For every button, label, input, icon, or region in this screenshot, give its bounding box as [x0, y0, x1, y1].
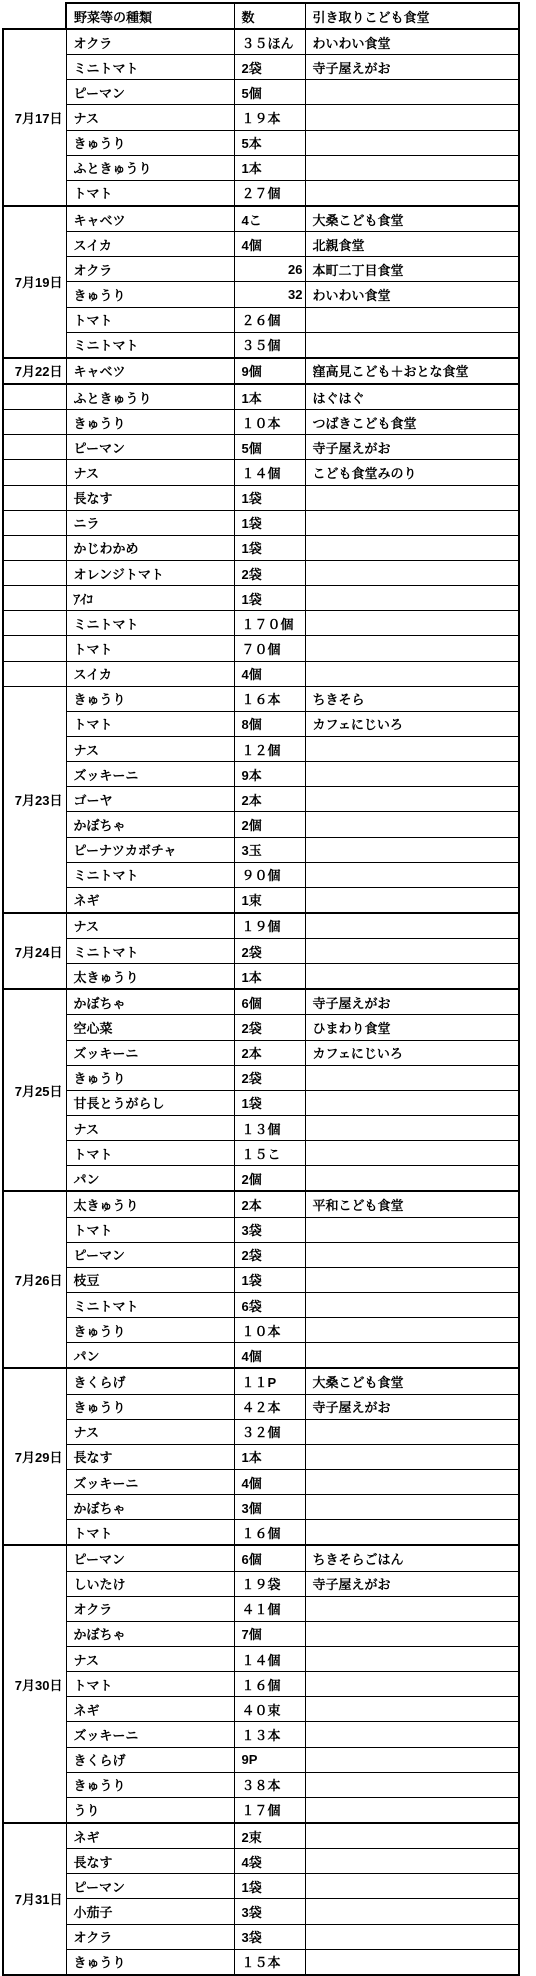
shokudo-cell [305, 1772, 519, 1797]
shokudo-cell [305, 913, 519, 939]
table-row: オクラ26本町二丁目食堂 [3, 257, 519, 282]
vegetable-cell: 長なす [66, 1849, 234, 1874]
vegetable-cell: 枝豆 [66, 1267, 234, 1292]
vegetable-cell: ゴーヤ [66, 787, 234, 812]
vegetable-cell: キャベツ [66, 206, 234, 232]
date-cell [3, 560, 66, 585]
count-cell: １６個 [234, 1672, 305, 1697]
vegetable-cell: 小茄子 [66, 1899, 234, 1924]
shokudo-cell: つばきこども食堂 [305, 410, 519, 435]
count-cell: 5個 [234, 435, 305, 460]
table-row: ミニトマト９０個 [3, 862, 519, 887]
shokudo-cell [305, 1495, 519, 1520]
count-cell: ７０個 [234, 636, 305, 661]
vegetable-cell: パン [66, 1343, 234, 1369]
shokudo-cell [305, 1267, 519, 1292]
shokudo-cell [305, 1849, 519, 1874]
date-cell [3, 611, 66, 636]
count-cell: 2本 [234, 1040, 305, 1065]
table-row: 長なす1袋 [3, 485, 519, 510]
shokudo-cell: 大桑こども食堂 [305, 1368, 519, 1394]
count-cell: ３５ほん [234, 29, 305, 55]
count-cell: 1本 [234, 1444, 305, 1469]
table-row: ズッキーニ2本カフェにじいろ [3, 1040, 519, 1065]
vegetable-cell: ミニトマト [66, 862, 234, 887]
count-cell: 8個 [234, 711, 305, 736]
count-cell: １０本 [234, 410, 305, 435]
table-row: きゅうり３８本 [3, 1772, 519, 1797]
table-row: スイカ4個北親食堂 [3, 232, 519, 257]
count-cell: ３５個 [234, 332, 305, 358]
vegetable-cell: トマト [66, 307, 234, 332]
count-cell: 3袋 [234, 1899, 305, 1924]
vegetable-cell: パン [66, 1166, 234, 1192]
count-cell: 3個 [234, 1495, 305, 1520]
table-row: ふときゅうり1本 [3, 155, 519, 180]
shokudo-cell [305, 1217, 519, 1242]
shokudo-cell [305, 560, 519, 585]
count-cell: １４個 [234, 1647, 305, 1672]
count-cell: １５本 [234, 1949, 305, 1975]
shokudo-cell [305, 1647, 519, 1672]
shokudo-cell [305, 105, 519, 130]
count-cell: 4個 [234, 661, 305, 686]
count-cell: 1袋 [234, 535, 305, 560]
shokudo-cell [305, 1116, 519, 1141]
count-cell: １３本 [234, 1722, 305, 1747]
shokudo-cell [305, 1596, 519, 1621]
shokudo-cell [305, 661, 519, 686]
shokudo-cell [305, 1697, 519, 1722]
table-row: きゅうり１０本 [3, 1318, 519, 1343]
shokudo-cell [305, 307, 519, 332]
vegetable-cell: オクラ [66, 1924, 234, 1949]
count-cell: 4こ [234, 206, 305, 232]
shokudo-cell: カフェにじいろ [305, 711, 519, 736]
shokudo-cell [305, 1090, 519, 1115]
date-cell [3, 410, 66, 435]
count-cell: １７個 [234, 1797, 305, 1823]
count-cell: 1袋 [234, 485, 305, 510]
table-row: きゅうり32わいわい食堂 [3, 282, 519, 307]
count-cell: 1束 [234, 887, 305, 913]
date-cell [3, 535, 66, 560]
count-cell: １９個 [234, 913, 305, 939]
vegetable-cell: ネギ [66, 1823, 234, 1849]
count-cell: 26 [234, 257, 305, 282]
shokudo-cell [305, 155, 519, 180]
count-cell: １０本 [234, 1318, 305, 1343]
count-cell: 9個 [234, 358, 305, 384]
vegetable-cell: トマト [66, 1217, 234, 1242]
count-cell: 2個 [234, 1166, 305, 1192]
count-cell: 5個 [234, 80, 305, 105]
shokudo-cell: こども食堂みのり [305, 460, 519, 485]
date-cell: 7月26日 [3, 1191, 66, 1368]
shokudo-cell: はぐはぐ [305, 384, 519, 410]
vegetable-cell: ニラ [66, 510, 234, 535]
vegetable-cell: ズッキーニ [66, 1470, 234, 1495]
table-row: ナス１３個 [3, 1116, 519, 1141]
table-row: ピーマン5個 [3, 80, 519, 105]
shokudo-cell: 寺子屋えがお [305, 989, 519, 1015]
shokudo-cell [305, 1823, 519, 1849]
table-row: 甘長とうがらし1袋 [3, 1090, 519, 1115]
count-cell: 3玉 [234, 837, 305, 862]
count-cell: 3袋 [234, 1924, 305, 1949]
table-row: ナス１４個 [3, 1647, 519, 1672]
vegetable-cell: 太きゅうり [66, 1191, 234, 1217]
date-cell [3, 510, 66, 535]
table-row: パン2個 [3, 1166, 519, 1192]
shokudo-cell: 北親食堂 [305, 232, 519, 257]
header-row: 野菜等の種類 数 引き取りこども食堂 [3, 3, 519, 29]
vegetable-cell: トマト [66, 1141, 234, 1166]
table-row: オクラ４１個 [3, 1596, 519, 1621]
shokudo-cell [305, 1318, 519, 1343]
shokudo-cell [305, 332, 519, 358]
vegetable-cell: ミニトマト [66, 1293, 234, 1318]
vegetable-cell: オクラ [66, 257, 234, 282]
table-row: 空心菜2袋ひまわり食堂 [3, 1015, 519, 1040]
shokudo-cell [305, 180, 519, 206]
count-cell: 6個 [234, 989, 305, 1015]
table-row: ミニトマト2袋 [3, 939, 519, 964]
table-row: 枝豆1袋 [3, 1267, 519, 1292]
count-cell: １６本 [234, 686, 305, 711]
shokudo-cell: カフェにじいろ [305, 1040, 519, 1065]
vegetable-cell: ナス [66, 1647, 234, 1672]
count-cell: 2本 [234, 1191, 305, 1217]
shokudo-cell: ちきそら [305, 686, 519, 711]
vegetable-cell: トマト [66, 1520, 234, 1546]
vegetable-cell: きゅうり [66, 1318, 234, 1343]
vegetable-cell: キャベツ [66, 358, 234, 384]
vegetable-cell: ネギ [66, 887, 234, 913]
table-row: ミニトマト１７０個 [3, 611, 519, 636]
count-cell: 2個 [234, 812, 305, 837]
shokudo-cell [305, 939, 519, 964]
vegetable-cell: ミニトマト [66, 332, 234, 358]
table-row: トマト１６個 [3, 1672, 519, 1697]
shokudo-cell [305, 130, 519, 155]
count-cell: ４２本 [234, 1394, 305, 1419]
shokudo-cell [305, 1293, 519, 1318]
count-cell: ４１個 [234, 1596, 305, 1621]
shokudo-cell: 寺子屋えがお [305, 1394, 519, 1419]
table-row: トマト3袋 [3, 1217, 519, 1242]
table-row: ナス１２個 [3, 736, 519, 761]
header-vegetable-kind: 野菜等の種類 [66, 3, 234, 29]
vegetable-cell: オレンジトマト [66, 560, 234, 585]
vegetable-cell: 長なす [66, 485, 234, 510]
count-cell: 2袋 [234, 1065, 305, 1090]
vegetable-cell: きゅうり [66, 1772, 234, 1797]
count-cell: ３２個 [234, 1419, 305, 1444]
count-cell: １５こ [234, 1141, 305, 1166]
shokudo-cell [305, 1166, 519, 1192]
count-cell: 1袋 [234, 1090, 305, 1115]
shokudo-cell [305, 762, 519, 787]
shokudo-cell [305, 611, 519, 636]
shokudo-cell [305, 1899, 519, 1924]
vegetable-cell: きゅうり [66, 1065, 234, 1090]
table-row: ズッキーニ4個 [3, 1470, 519, 1495]
table-row: ネギ４０束 [3, 1697, 519, 1722]
table-row: ズッキーニ9本 [3, 762, 519, 787]
vegetable-cell: きくらげ [66, 1368, 234, 1394]
vegetable-cell: きゅうり [66, 130, 234, 155]
date-cell: 7月30日 [3, 1545, 66, 1823]
table-row: オクラ3袋 [3, 1924, 519, 1949]
count-cell: １９袋 [234, 1571, 305, 1596]
vegetable-cell: きくらげ [66, 1747, 234, 1772]
shokudo-cell [305, 787, 519, 812]
count-cell: ４０束 [234, 1697, 305, 1722]
table-row: 7月24日ナス１９個 [3, 913, 519, 939]
table-row: きゅうり5本 [3, 130, 519, 155]
shokudo-cell [305, 1242, 519, 1267]
count-cell: ２６個 [234, 307, 305, 332]
vegetable-cell: スイカ [66, 661, 234, 686]
date-cell: 7月23日 [3, 686, 66, 913]
count-cell: ２７個 [234, 180, 305, 206]
table-row: ズッキーニ１３本 [3, 1722, 519, 1747]
count-cell: 3袋 [234, 1217, 305, 1242]
shokudo-cell [305, 586, 519, 611]
date-cell [3, 460, 66, 485]
vegetable-cell: 甘長とうがらし [66, 1090, 234, 1115]
date-cell [3, 435, 66, 460]
count-cell: 1袋 [234, 586, 305, 611]
table-row: トマト２７個 [3, 180, 519, 206]
vegetable-cell: ふときゅうり [66, 384, 234, 410]
vegetable-cell: しいたけ [66, 1571, 234, 1596]
count-cell: 1本 [234, 964, 305, 990]
vegetable-cell: ミニトマト [66, 611, 234, 636]
shokudo-cell [305, 535, 519, 560]
shokudo-cell [305, 1141, 519, 1166]
date-cell [3, 661, 66, 686]
shokudo-cell [305, 964, 519, 990]
vegetable-cell: ズッキーニ [66, 1040, 234, 1065]
count-cell: 1本 [234, 155, 305, 180]
shokudo-cell: わいわい食堂 [305, 29, 519, 55]
vegetable-cell: スイカ [66, 232, 234, 257]
shokudo-cell: 窪高見こども＋おとな食堂 [305, 358, 519, 384]
shokudo-cell [305, 485, 519, 510]
date-cell [3, 485, 66, 510]
table-row: きゅうり2袋 [3, 1065, 519, 1090]
vegetable-cell: きゅうり [66, 1394, 234, 1419]
vegetable-cell: ふときゅうり [66, 155, 234, 180]
vegetable-cell: ネギ [66, 1697, 234, 1722]
count-cell: 7個 [234, 1621, 305, 1646]
vegetable-cell: 空心菜 [66, 1015, 234, 1040]
date-cell: 7月19日 [3, 206, 66, 358]
vegetable-cell: ピーマン [66, 1545, 234, 1571]
table-row: ナス１９本 [3, 105, 519, 130]
table-row: きゅうり１５本 [3, 1949, 519, 1975]
shokudo-cell: ちきそらごはん [305, 1545, 519, 1571]
shokudo-cell [305, 1797, 519, 1823]
count-cell: 4個 [234, 1343, 305, 1369]
table-row: トマト２６個 [3, 307, 519, 332]
shokudo-cell [305, 1874, 519, 1899]
table-row: 長なす4袋 [3, 1849, 519, 1874]
date-cell: 7月22日 [3, 358, 66, 384]
count-cell: 1本 [234, 384, 305, 410]
count-cell: 1袋 [234, 1267, 305, 1292]
header-shokudo: 引き取りこども食堂 [305, 3, 519, 29]
table-row: トマト７０個 [3, 636, 519, 661]
table-row: かぼちゃ2個 [3, 812, 519, 837]
shokudo-cell [305, 1520, 519, 1546]
vegetable-cell: ピーマン [66, 80, 234, 105]
vegetable-cell: うり [66, 1797, 234, 1823]
vegetable-cell: ピーマン [66, 435, 234, 460]
vegetable-cell: ズッキーニ [66, 1722, 234, 1747]
date-cell: 7月25日 [3, 989, 66, 1191]
table-row: 7月29日きくらげ１１P大桑こども食堂 [3, 1368, 519, 1394]
vegetable-cell: トマト [66, 1672, 234, 1697]
date-cell: 7月29日 [3, 1368, 66, 1545]
count-cell: 2本 [234, 787, 305, 812]
table-row: ｱｲｺ1袋 [3, 586, 519, 611]
shokudo-cell [305, 1722, 519, 1747]
count-cell: １２個 [234, 736, 305, 761]
vegetable-cell: かぼちゃ [66, 812, 234, 837]
count-cell: ３８本 [234, 1772, 305, 1797]
produce-table-body: 7月17日オクラ３５ほんわいわい食堂ミニトマト2袋寺子屋えがおピーマン5個ナス１… [3, 29, 519, 1975]
table-row: ミニトマト6袋 [3, 1293, 519, 1318]
vegetable-cell: ナス [66, 460, 234, 485]
count-cell: 2束 [234, 1823, 305, 1849]
table-row: きゅうり１０本つばきこども食堂 [3, 410, 519, 435]
vegetable-cell: ナス [66, 736, 234, 761]
count-cell: 1袋 [234, 510, 305, 535]
shokudo-cell: 本町二丁目食堂 [305, 257, 519, 282]
shokudo-cell [305, 1444, 519, 1469]
count-cell: 9本 [234, 762, 305, 787]
shokudo-cell [305, 887, 519, 913]
date-cell: 7月31日 [3, 1823, 66, 1975]
count-cell: 4個 [234, 232, 305, 257]
shokudo-cell [305, 1621, 519, 1646]
vegetable-cell: ミニトマト [66, 939, 234, 964]
vegetable-cell: オクラ [66, 29, 234, 55]
vegetable-cell: ピーナツカボチャ [66, 837, 234, 862]
table-row: 7月17日オクラ３５ほんわいわい食堂 [3, 29, 519, 55]
vegetable-cell: ナス [66, 1419, 234, 1444]
count-cell: 2袋 [234, 55, 305, 80]
count-cell: 2袋 [234, 1015, 305, 1040]
shokudo-cell [305, 636, 519, 661]
shokudo-cell [305, 1065, 519, 1090]
table-row: トマト１５こ [3, 1141, 519, 1166]
table-row: かじわかめ1袋 [3, 535, 519, 560]
table-row: ネギ1束 [3, 887, 519, 913]
shokudo-cell: わいわい食堂 [305, 282, 519, 307]
table-row: きゅうり４２本寺子屋えがお [3, 1394, 519, 1419]
shokudo-cell: 寺子屋えがお [305, 1571, 519, 1596]
vegetable-cell: 太きゅうり [66, 964, 234, 990]
date-cell [3, 586, 66, 611]
vegetable-cell: ミニトマト [66, 55, 234, 80]
table-row: ふときゅうり1本はぐはぐ [3, 384, 519, 410]
vegetable-cell: きゅうり [66, 1949, 234, 1975]
shokudo-cell: 寺子屋えがお [305, 55, 519, 80]
shokudo-cell [305, 736, 519, 761]
table-row: 7月25日かぼちゃ6個寺子屋えがお [3, 989, 519, 1015]
vegetable-cell: ナス [66, 1116, 234, 1141]
table-row: ミニトマト2袋寺子屋えがお [3, 55, 519, 80]
vegetable-cell: ピーマン [66, 1242, 234, 1267]
table-row: トマト１６個 [3, 1520, 519, 1546]
vegetable-cell: トマト [66, 636, 234, 661]
vegetable-cell: ナス [66, 913, 234, 939]
vegetable-cell: オクラ [66, 1596, 234, 1621]
count-cell: 4袋 [234, 1849, 305, 1874]
vegetable-cell: かぼちゃ [66, 989, 234, 1015]
date-cell: 7月24日 [3, 913, 66, 989]
table-row: ナス１４個こども食堂みのり [3, 460, 519, 485]
vegetable-cell: トマト [66, 180, 234, 206]
table-row: ピーナツカボチャ3玉 [3, 837, 519, 862]
shokudo-cell [305, 1343, 519, 1369]
vegetable-cell: きゅうり [66, 410, 234, 435]
table-row: ピーマン5個寺子屋えがお [3, 435, 519, 460]
date-cell [3, 636, 66, 661]
shokudo-cell [305, 1470, 519, 1495]
vegetable-cell: ナス [66, 105, 234, 130]
count-cell: １７０個 [234, 611, 305, 636]
shokudo-cell: ひまわり食堂 [305, 1015, 519, 1040]
table-row: 7月22日キャベツ9個窪高見こども＋おとな食堂 [3, 358, 519, 384]
table-row: かぼちゃ3個 [3, 1495, 519, 1520]
shokudo-cell [305, 1747, 519, 1772]
table-row: オレンジトマト2袋 [3, 560, 519, 585]
table-row: 小茄子3袋 [3, 1899, 519, 1924]
vegetable-cell: ズッキーニ [66, 762, 234, 787]
count-cell: 9P [234, 1747, 305, 1772]
vegetable-cell: かじわかめ [66, 535, 234, 560]
date-cell [3, 384, 66, 410]
shokudo-cell: 大桑こども食堂 [305, 206, 519, 232]
table-row: パン4個 [3, 1343, 519, 1369]
count-cell: 6袋 [234, 1293, 305, 1318]
count-cell: 2袋 [234, 1242, 305, 1267]
shokudo-cell [305, 80, 519, 105]
table-row: 7月19日キャベツ4こ大桑こども食堂 [3, 206, 519, 232]
table-row: 7月31日ネギ2束 [3, 1823, 519, 1849]
vegetable-cell: 長なす [66, 1444, 234, 1469]
count-cell: 2袋 [234, 939, 305, 964]
shokudo-cell [305, 1949, 519, 1975]
vegetable-cell: トマト [66, 711, 234, 736]
vegetable-cell: かぼちゃ [66, 1621, 234, 1646]
vegetable-cell: ｱｲｺ [66, 586, 234, 611]
table-row: ピーマン1袋 [3, 1874, 519, 1899]
shokudo-cell [305, 1672, 519, 1697]
count-cell: 1袋 [234, 1874, 305, 1899]
spreadsheet-page: 野菜等の種類 数 引き取りこども食堂 7月17日オクラ３５ほんわいわい食堂ミニト… [0, 0, 536, 1976]
table-row: うり１７個 [3, 1797, 519, 1823]
shokudo-cell [305, 837, 519, 862]
table-row: 7月23日きゅうり１６本ちきそら [3, 686, 519, 711]
header-empty-cell [3, 3, 66, 29]
table-row: 太きゅうり1本 [3, 964, 519, 990]
